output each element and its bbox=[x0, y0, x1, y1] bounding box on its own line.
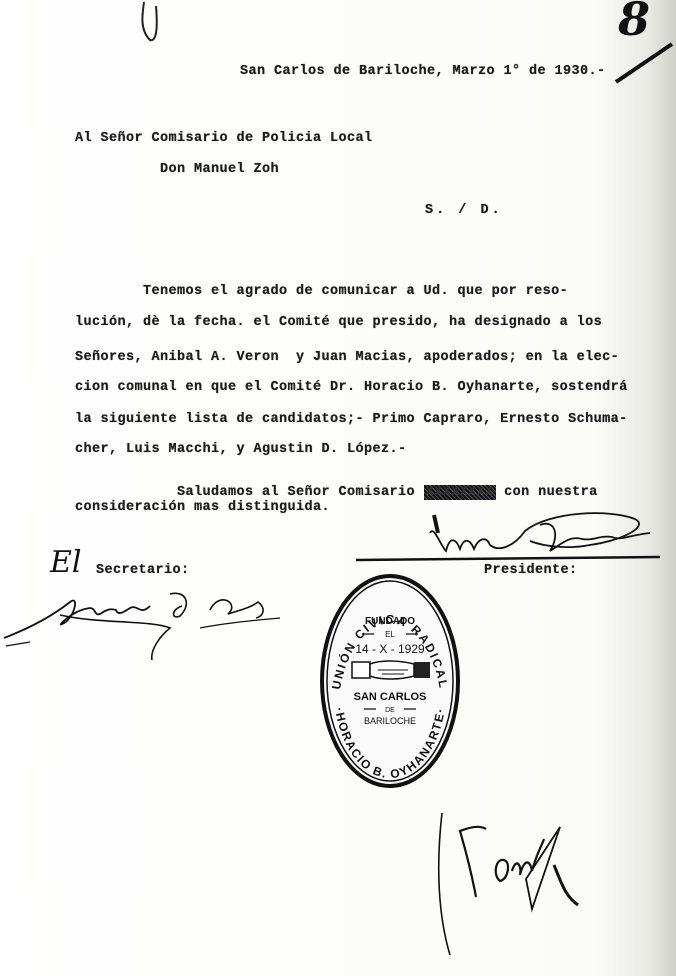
party-stamp: UNIÓN CIVICA RADICAL ·HORACIO B. OYHANAR… bbox=[318, 572, 462, 790]
stamp-line-de: DE bbox=[385, 707, 395, 714]
body-line-4: cion comunal en que el Comité Dr. Horaci… bbox=[75, 380, 628, 395]
body-line-6: cher, Luis Macchi, y Agustin D. López.- bbox=[75, 442, 407, 457]
president-label: Presidente: bbox=[484, 563, 578, 578]
body-line-1: Tenemos el agrado de comunicar a Ud. que… bbox=[75, 284, 568, 299]
salutation-sd: S. / D. bbox=[425, 203, 503, 218]
closing-text-post: con nuestra bbox=[496, 485, 598, 500]
stamp-line-fundado: FUNDADO bbox=[365, 616, 415, 627]
addressee-line-1: Al Señor Comisario de Policia Local bbox=[75, 131, 373, 146]
closing-line-2: consideración mas distinguida. bbox=[75, 500, 330, 515]
top-pen-mark-icon bbox=[130, 0, 170, 45]
body-line-5: la siguiente lista de candidatos;- Primo… bbox=[75, 412, 628, 427]
addressee-line-2: Don Manuel Zoh bbox=[160, 162, 279, 177]
stamp-line-date: 14 - X - 1929 bbox=[355, 642, 425, 656]
folio-slash-icon bbox=[610, 40, 676, 85]
secretary-signature-icon bbox=[0, 580, 290, 660]
body-line-3: Señores, Anibal A. Veron y Juan Macias, … bbox=[75, 350, 619, 365]
stamp-line-bariloche: BARILOCHE bbox=[364, 716, 416, 726]
secretary-label: Secretario: bbox=[96, 563, 190, 578]
president-signature-icon bbox=[350, 505, 676, 570]
margin-initials-icon bbox=[420, 805, 600, 965]
stamp-line-el: EL bbox=[385, 630, 395, 639]
body-line-2: lución, dè la fecha. el Comité que presi… bbox=[75, 315, 602, 330]
handshake-icon bbox=[352, 661, 430, 679]
closing-text-pre: Saludamos al Señor Comisario bbox=[109, 485, 424, 500]
struck-out-text: XXXXXXXX bbox=[424, 485, 496, 500]
scanned-letter-page: 8 San Carlos de Bariloche, Marzo 1° de 1… bbox=[0, 0, 676, 976]
stamp-line-san-carlos: SAN CARLOS bbox=[354, 691, 427, 703]
secretary-prefix-handwritten: El bbox=[50, 545, 82, 580]
place-date-line: San Carlos de Bariloche, Marzo 1° de 193… bbox=[240, 64, 606, 79]
